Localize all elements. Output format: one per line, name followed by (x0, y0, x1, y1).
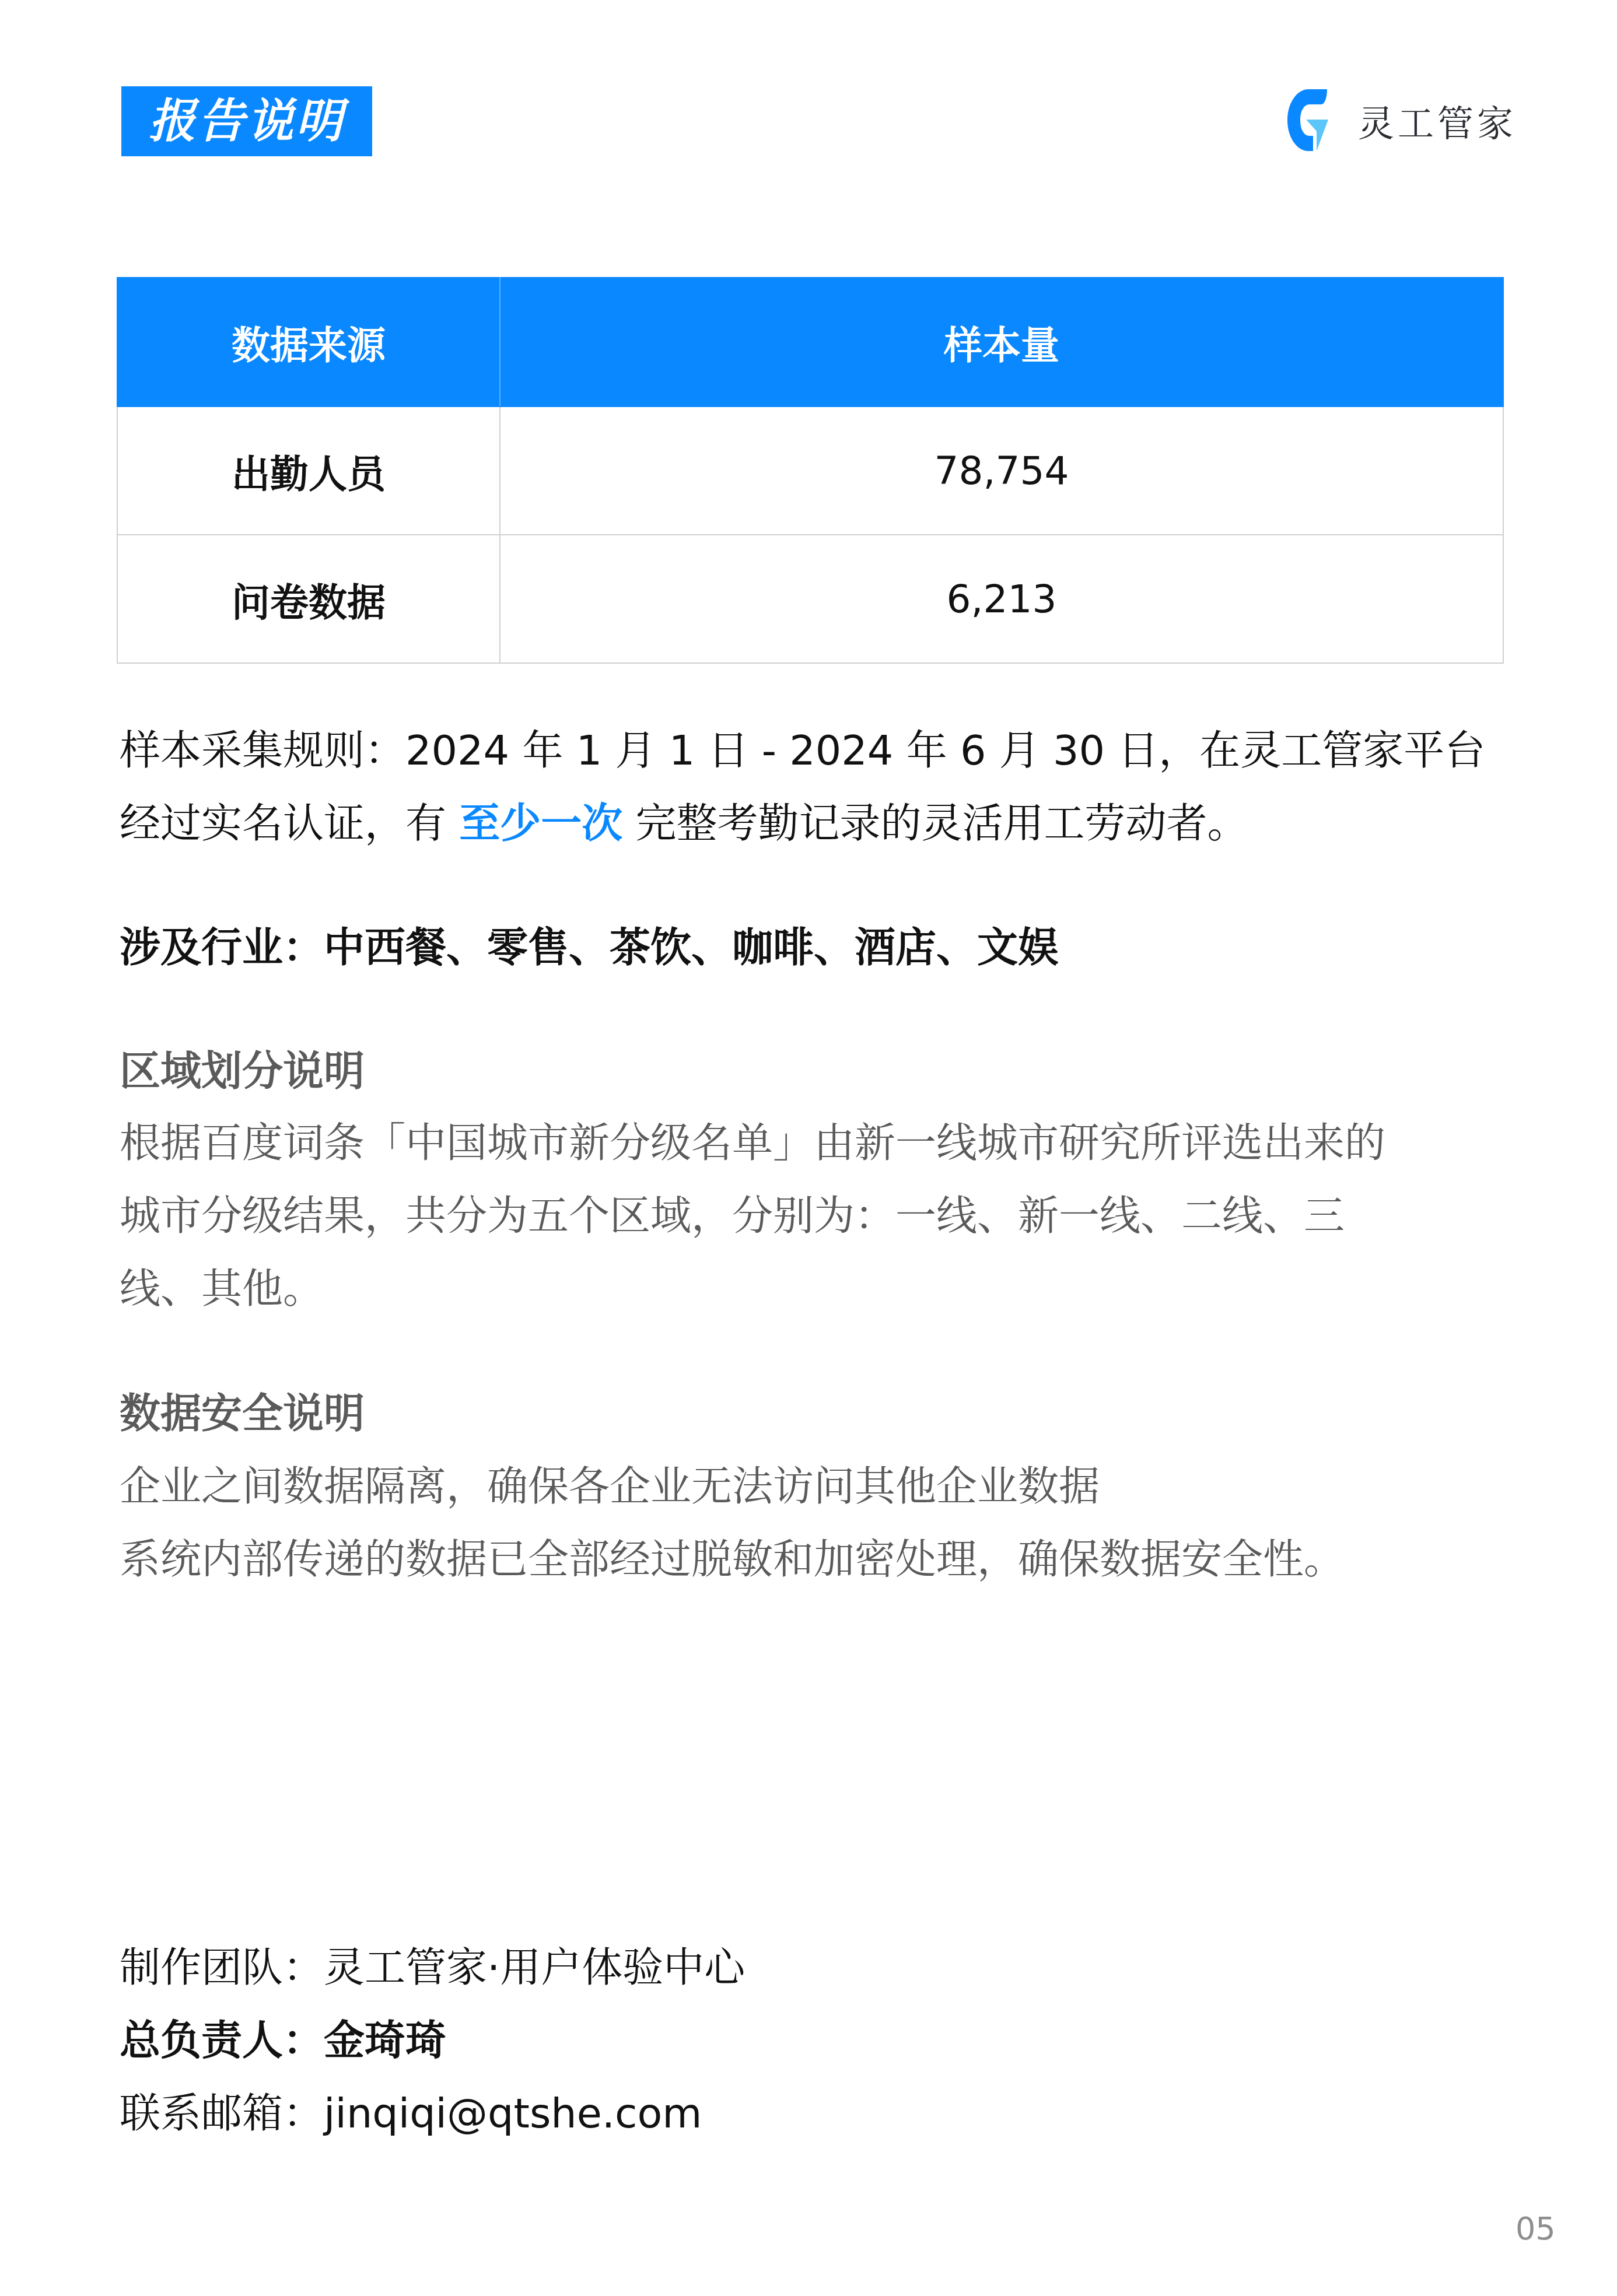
cell-count: 6,213 (500, 535, 1503, 663)
table-row: 问卷数据 6,213 (117, 535, 1503, 663)
region-line: 根据百度词条「中国城市新分级名单」由新一线城市研究所评选出来的 (120, 1107, 1520, 1180)
sample-table: 数据来源 样本量 出勤人员 78,754 问卷数据 6,213 (117, 277, 1504, 664)
region-line: 线、其他。 (120, 1253, 1520, 1326)
sample-rule-paragraph: 样本采集规则：2024 年 1 月 1 日 - 2024 年 6 月 30 日，… (120, 714, 1520, 860)
industries-line: 涉及行业：中西餐、零售、茶饮、咖啡、酒店、文娱 (120, 912, 1520, 984)
project-owner: 总负责人：金琦琦 (120, 2004, 1520, 2077)
credits: 制作团队：灵工管家·用户体验中心 总负责人：金琦琦 联系邮箱：jinqiqi@q… (120, 1932, 1520, 2150)
security-line: 系统内部传递的数据已全部经过脱敏和加密处理，确保数据安全性。 (120, 1523, 1520, 1596)
production-team: 制作团队：灵工管家·用户体验中心 (120, 1932, 1520, 2004)
region-section-body: 根据百度词条「中国城市新分级名单」由新一线城市研究所评选出来的 城市分级结果，共… (120, 1107, 1520, 1326)
security-section-body: 企业之间数据隔离，确保各企业无法访问其他企业数据 系统内部传递的数据已全部经过脱… (120, 1450, 1520, 1596)
sample-rule-text: 经过实名认证，有 (120, 800, 459, 847)
brand-logo: 灵工管家 (1283, 87, 1517, 155)
lingong-g-logo-icon (1283, 88, 1347, 155)
column-header-source: 数据来源 (117, 278, 500, 406)
column-header-count: 样本量 (500, 278, 1503, 406)
cell-source: 问卷数据 (117, 535, 500, 663)
sample-rule-text: 完整考勤记录的灵活用工劳动者。 (622, 800, 1248, 847)
sample-rule-line-2: 经过实名认证，有 至少一次 完整考勤记录的灵活用工劳动者。 (120, 787, 1520, 860)
table-row: 出勤人员 78,754 (117, 406, 1503, 535)
cell-source: 出勤人员 (117, 406, 500, 535)
highlight-at-least-once: 至少一次 (459, 800, 622, 847)
sample-rule-line-1: 样本采集规则：2024 年 1 月 1 日 - 2024 年 6 月 30 日，… (120, 714, 1520, 787)
cell-count: 78,754 (500, 406, 1503, 535)
security-section-heading: 数据安全说明 (120, 1377, 1520, 1450)
security-line: 企业之间数据隔离，确保各企业无法访问其他企业数据 (120, 1450, 1520, 1523)
region-section-heading: 区域划分说明 (120, 1035, 1520, 1108)
page-title: 报告说明 (121, 86, 372, 156)
page-number: 05 (1515, 2210, 1556, 2247)
table-header-row: 数据来源 样本量 (117, 278, 1503, 406)
contact-email: 联系邮箱：jinqiqi@qtshe.com (120, 2077, 1520, 2150)
region-line: 城市分级结果，共分为五个区域，分别为：一线、新一线、二线、三 (120, 1180, 1520, 1253)
brand-name: 灵工管家 (1358, 95, 1517, 147)
